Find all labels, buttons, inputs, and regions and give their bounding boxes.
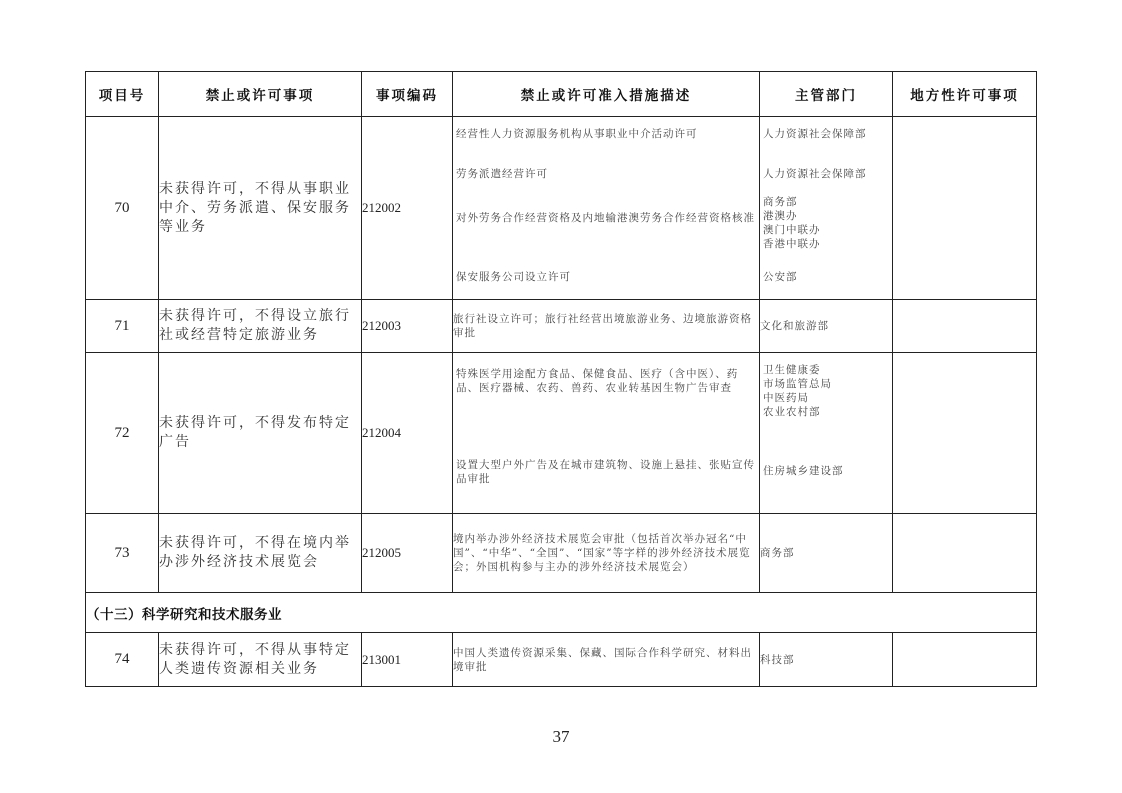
department: 人力资源社会保障部 — [763, 127, 889, 141]
measure-descriptions: 经营性人力资源服务机构从事职业中介活动许可 劳务派遣经营许可 对外劳务合作经营资… — [453, 117, 760, 300]
local-permit — [893, 633, 1037, 687]
section-row: （十三）科学研究和技术服务业 — [86, 593, 1037, 633]
header-measure-description: 禁止或许可准入措施描述 — [453, 72, 760, 117]
permit-table: 项目号 禁止或许可事项 事项编码 禁止或许可准入措施描述 主管部门 地方性许可事… — [85, 71, 1037, 687]
header-item-code: 事项编码 — [362, 72, 453, 117]
header-item-number: 项目号 — [86, 72, 159, 117]
department: 住房城乡建设部 — [763, 464, 889, 478]
item-code: 212005 — [362, 514, 453, 593]
header-row: 项目号 禁止或许可事项 事项编码 禁止或许可准入措施描述 主管部门 地方性许可事… — [86, 72, 1037, 117]
measure-description: 经营性人力资源服务机构从事职业中介活动许可 — [456, 127, 756, 141]
measure-description: 特殊医学用途配方食品、保健食品、医疗（含中医）、药品、医疗器械、农药、兽药、农业… — [456, 367, 756, 395]
table-row: 73 未获得许可，不得在境内举办涉外经济技术展览会 212005 境内举办涉外经… — [86, 514, 1037, 593]
measure-description: 对外劳务合作经营资格及内地输港澳劳务合作经营资格核准 — [456, 211, 756, 225]
departments: 卫生健康委 市场监管总局 中医药局 农业农村部 住房城乡建设部 — [760, 353, 893, 514]
department: 商务部 — [760, 514, 893, 593]
measure-description: 设置大型户外广告及在城市建筑物、设施上悬挂、张贴宣传品审批 — [456, 458, 756, 486]
item-code: 212002 — [362, 117, 453, 300]
item-code: 212004 — [362, 353, 453, 514]
department: 公安部 — [763, 270, 889, 284]
department: 卫生健康委 市场监管总局 中医药局 农业农村部 — [763, 363, 889, 419]
item-number: 70 — [86, 117, 159, 300]
permit-item: 未获得许可，不得从事职业中介、劳务派遣、保安服务等业务 — [159, 117, 362, 300]
measure-description: 保安服务公司设立许可 — [456, 270, 756, 284]
permit-item: 未获得许可，不得从事特定人类遗传资源相关业务 — [159, 633, 362, 687]
local-permit — [893, 353, 1037, 514]
table-row: 74 未获得许可，不得从事特定人类遗传资源相关业务 213001 中国人类遗传资… — [86, 633, 1037, 687]
section-title: （十三）科学研究和技术服务业 — [86, 593, 1037, 633]
department: 商务部 港澳办 澳门中联办 香港中联办 — [763, 195, 889, 251]
permit-item: 未获得许可，不得设立旅行社或经营特定旅游业务 — [159, 300, 362, 353]
measure-description: 境内举办涉外经济技术展览会审批（包括首次举办冠名“中国”、“中华”、“全国”、“… — [453, 514, 760, 593]
item-number: 73 — [86, 514, 159, 593]
department: 人力资源社会保障部 — [763, 167, 889, 181]
measure-description: 劳务派遣经营许可 — [456, 167, 756, 181]
item-number: 71 — [86, 300, 159, 353]
measure-description: 中国人类遗传资源采集、保藏、国际合作科学研究、材料出境审批 — [453, 633, 760, 687]
department: 科技部 — [760, 633, 893, 687]
table-row: 72 未获得许可，不得发布特定广告 212004 特殊医学用途配方食品、保健食品… — [86, 353, 1037, 514]
measure-description: 旅行社设立许可；旅行社经营出境旅游业务、边境旅游资格审批 — [453, 300, 760, 353]
department: 文化和旅游部 — [760, 300, 893, 353]
permit-item: 未获得许可，不得在境内举办涉外经济技术展览会 — [159, 514, 362, 593]
permit-item: 未获得许可，不得发布特定广告 — [159, 353, 362, 514]
header-department: 主管部门 — [760, 72, 893, 117]
departments: 人力资源社会保障部 人力资源社会保障部 商务部 港澳办 澳门中联办 香港中联办 … — [760, 117, 893, 300]
table-row: 71 未获得许可，不得设立旅行社或经营特定旅游业务 212003 旅行社设立许可… — [86, 300, 1037, 353]
item-code: 213001 — [362, 633, 453, 687]
page-number: 37 — [0, 727, 1122, 747]
table-row: 70 未获得许可，不得从事职业中介、劳务派遣、保安服务等业务 212002 经营… — [86, 117, 1037, 300]
header-local-permit: 地方性许可事项 — [893, 72, 1037, 117]
local-permit — [893, 300, 1037, 353]
item-number: 74 — [86, 633, 159, 687]
item-number: 72 — [86, 353, 159, 514]
measure-descriptions: 特殊医学用途配方食品、保健食品、医疗（含中医）、药品、医疗器械、农药、兽药、农业… — [453, 353, 760, 514]
local-permit — [893, 117, 1037, 300]
header-permit-item: 禁止或许可事项 — [159, 72, 362, 117]
local-permit — [893, 514, 1037, 593]
item-code: 212003 — [362, 300, 453, 353]
